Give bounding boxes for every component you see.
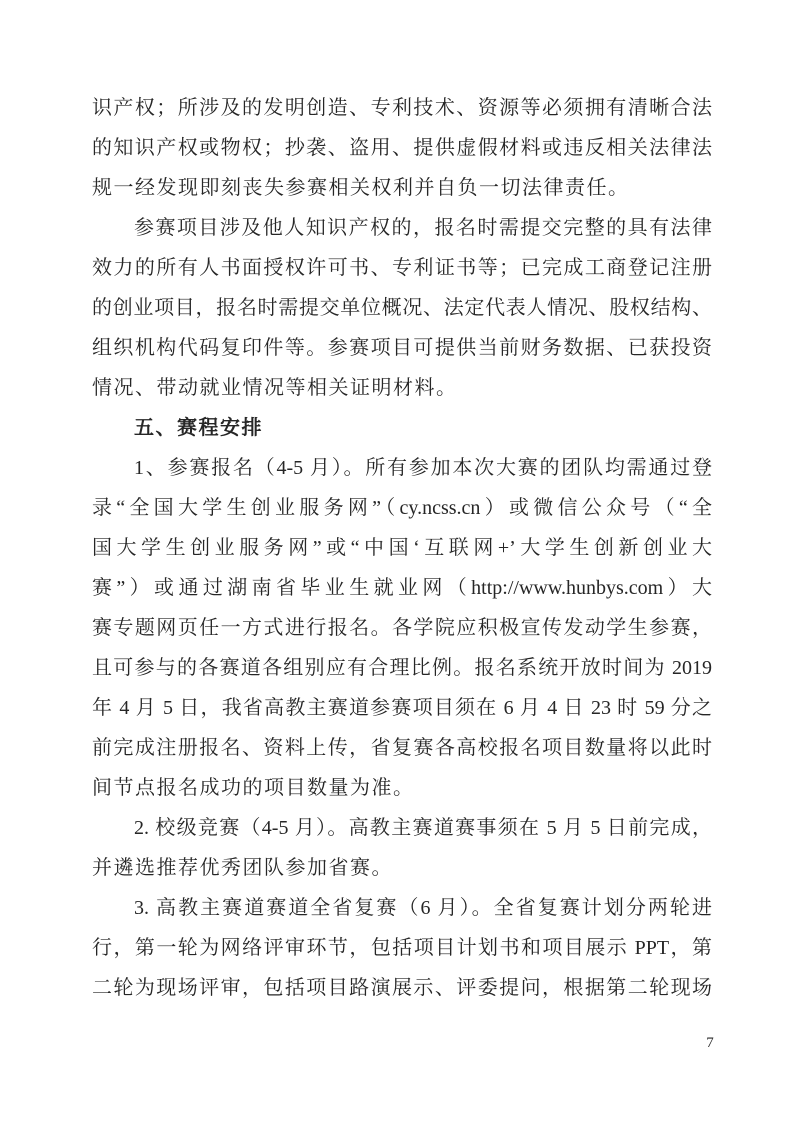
text-line: 赛”）或通过湖南省毕业生就业网（http://www.hunbys.com）大: [92, 568, 712, 608]
text-line: 年 4 月 5 日，我省高教主赛道参赛项目须在 6 月 4 日 23 时 59 …: [92, 688, 712, 728]
text-line: 1、参赛报名（4-5 月）。所有参加本次大赛的团队均需通过登: [92, 448, 712, 488]
text-line: 2. 校级竞赛（4-5 月）。高教主赛道赛事须在 5 月 5 日前完成，: [92, 808, 712, 848]
page-number: 7: [698, 1032, 722, 1054]
text-line: 录“全国大学生创业服务网”（cy.ncss.cn）或微信公众号（“全: [92, 488, 712, 528]
text-line: 间节点报名成功的项目数量为准。: [92, 768, 712, 808]
text-line: 参赛项目涉及他人知识产权的，报名时需提交完整的具有法律: [92, 208, 712, 248]
text-line: 五、赛程安排: [92, 408, 712, 448]
text-line: 规一经发现即刻丧失参赛相关权利并自负一切法律责任。: [92, 168, 712, 208]
text-line: 效力的所有人书面授权许可书、专利证书等；已完成工商登记注册: [92, 248, 712, 288]
text-line: 行，第一轮为网络评审环节，包括项目计划书和项目展示 PPT，第: [92, 928, 712, 968]
text-line: 前完成注册报名、资料上传，省复赛各高校报名项目数量将以此时: [92, 728, 712, 768]
document-page: 识产权；所涉及的发明创造、专利技术、资源等必须拥有清晰合法的知识产权或物权；抄袭…: [0, 0, 793, 1122]
text-line: 国大学生创业服务网”或“中国‘互联网+’大学生创新创业大: [92, 528, 712, 568]
text-line: 的知识产权或物权；抄袭、盗用、提供虚假材料或违反相关法律法: [92, 128, 712, 168]
text-line: 赛专题网页任一方式进行报名。各学院应积极宣传发动学生参赛，: [92, 608, 712, 648]
text-line: 二轮为现场评审，包括项目路演展示、评委提问，根据第二轮现场: [92, 968, 712, 1008]
text-line: 且可参与的各赛道各组别应有合理比例。报名系统开放时间为 2019: [92, 648, 712, 688]
text-line: 识产权；所涉及的发明创造、专利技术、资源等必须拥有清晰合法: [92, 88, 712, 128]
text-line: 的创业项目，报名时需提交单位概况、法定代表人情况、股权结构、: [92, 288, 712, 328]
text-line: 情况、带动就业情况等相关证明材料。: [92, 368, 712, 408]
document-text-block: 识产权；所涉及的发明创造、专利技术、资源等必须拥有清晰合法的知识产权或物权；抄袭…: [92, 88, 712, 1008]
text-line: 3. 高教主赛道赛道全省复赛（6 月）。全省复赛计划分两轮进: [92, 888, 712, 928]
text-line: 组织机构代码复印件等。参赛项目可提供当前财务数据、已获投资: [92, 328, 712, 368]
text-line: 并遴选推荐优秀团队参加省赛。: [92, 848, 712, 888]
